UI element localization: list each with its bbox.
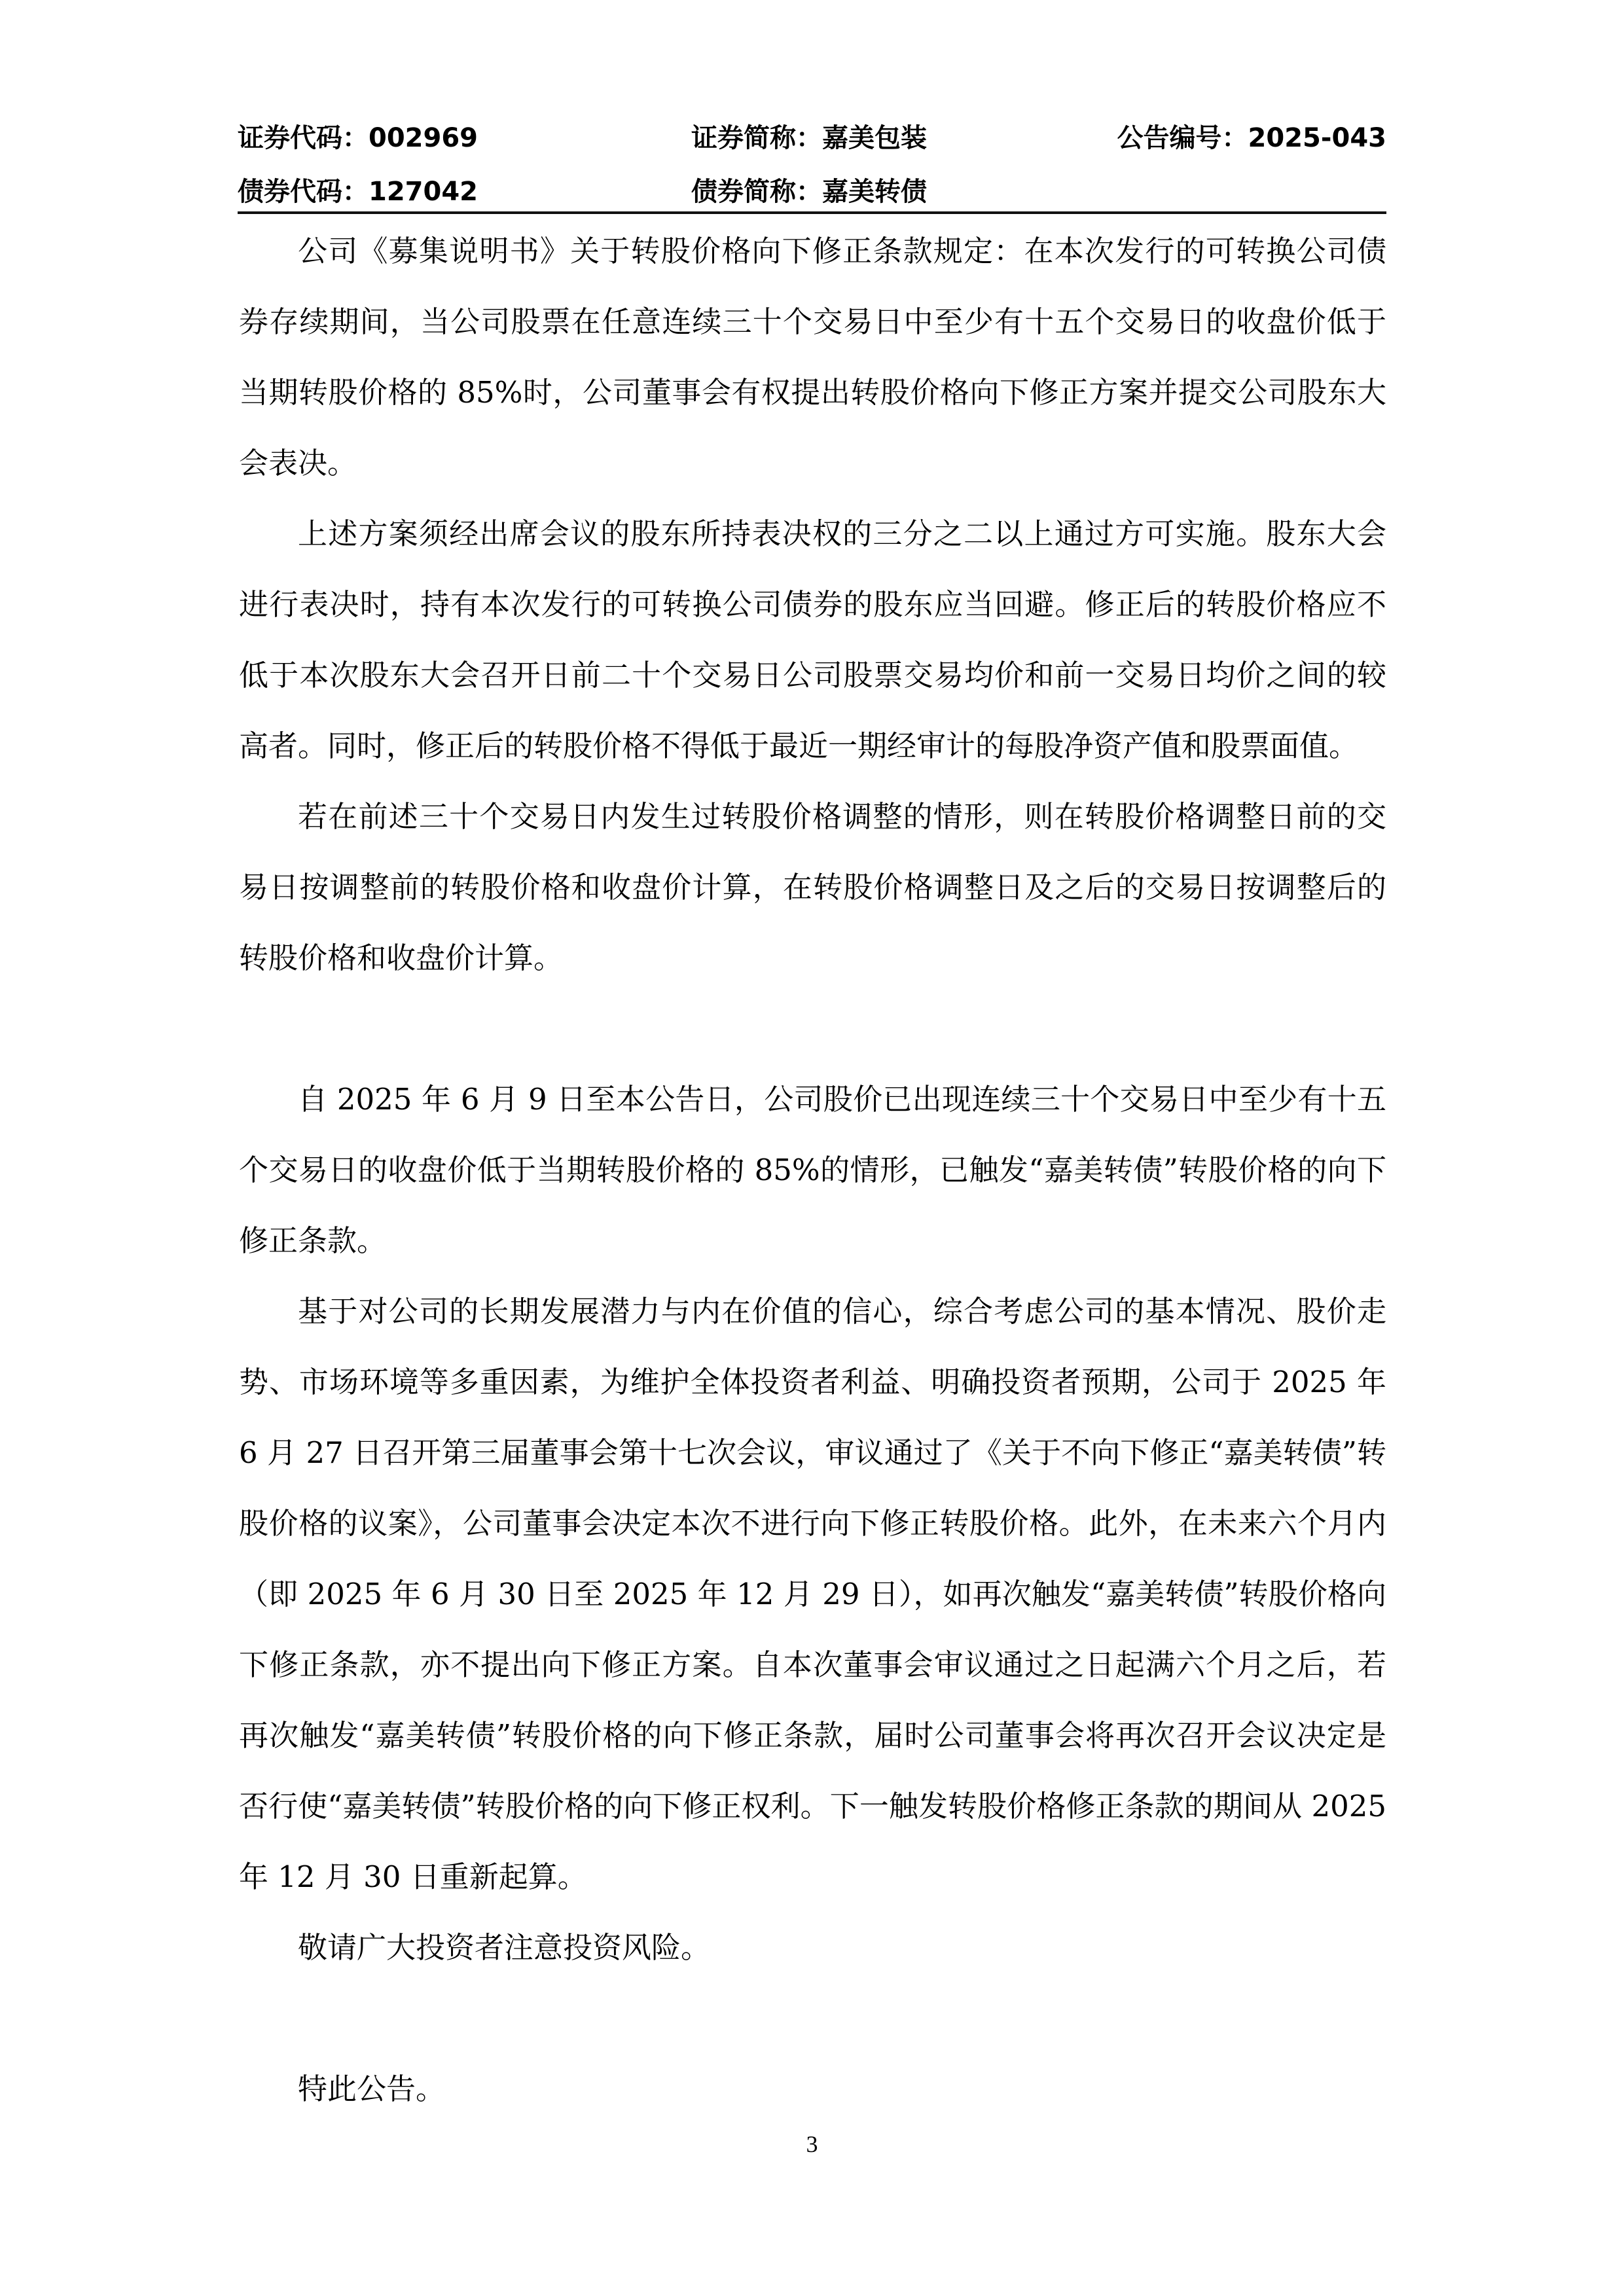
paragraph-gap [239,994,1386,1064]
document-header: 证券代码：002969 证券简称：嘉美包装 公告编号：2025-043 债券代码… [238,111,1386,219]
header-divider [238,211,1386,214]
header-row-bond: 债券代码：127042 债券简称：嘉美转债 [238,165,1386,219]
bond-code: 债券代码：127042 [238,165,478,219]
paragraph-risk-warning: 敬请广大投资者注意投资风险。 [239,1912,1386,1983]
bond-abbreviation: 债券简称：嘉美转债 [691,165,927,219]
paragraph-downward-revision-clause: 公司《募集说明书》关于转股价格向下修正条款规定：在本次发行的可转换公司债券存续期… [239,216,1386,499]
paragraph-closing: 特此公告。 [239,2054,1386,2125]
paragraph-trigger-notice: 自 2025 年 6 月 9 日至本公告日，公司股价已出现连续三十个交易日中至少… [239,1064,1386,1276]
header-row-securities: 证券代码：002969 证券简称：嘉美包装 公告编号：2025-043 [238,111,1386,165]
page-number: 3 [0,2130,1624,2158]
paragraph-price-adjustment-calculation: 若在前述三十个交易日内发生过转股价格调整的情形，则在转股价格调整日前的交易日按调… [239,781,1386,994]
paragraph-board-decision: 基于对公司的长期发展潜力与内在价值的信心，综合考虑公司的基本情况、股价走势、市场… [239,1276,1386,1912]
paragraph-gap [239,1983,1386,2054]
document-body: 公司《募集说明书》关于转股价格向下修正条款规定：在本次发行的可转换公司债券存续期… [239,216,1386,2125]
stock-abbreviation: 证券简称：嘉美包装 [691,111,927,165]
announcement-number: 公告编号：2025-043 [1117,111,1386,165]
paragraph-voting-requirement: 上述方案须经出席会议的股东所持表决权的三分之二以上通过方可实施。股东大会进行表决… [239,499,1386,781]
stock-code: 证券代码：002969 [238,111,478,165]
